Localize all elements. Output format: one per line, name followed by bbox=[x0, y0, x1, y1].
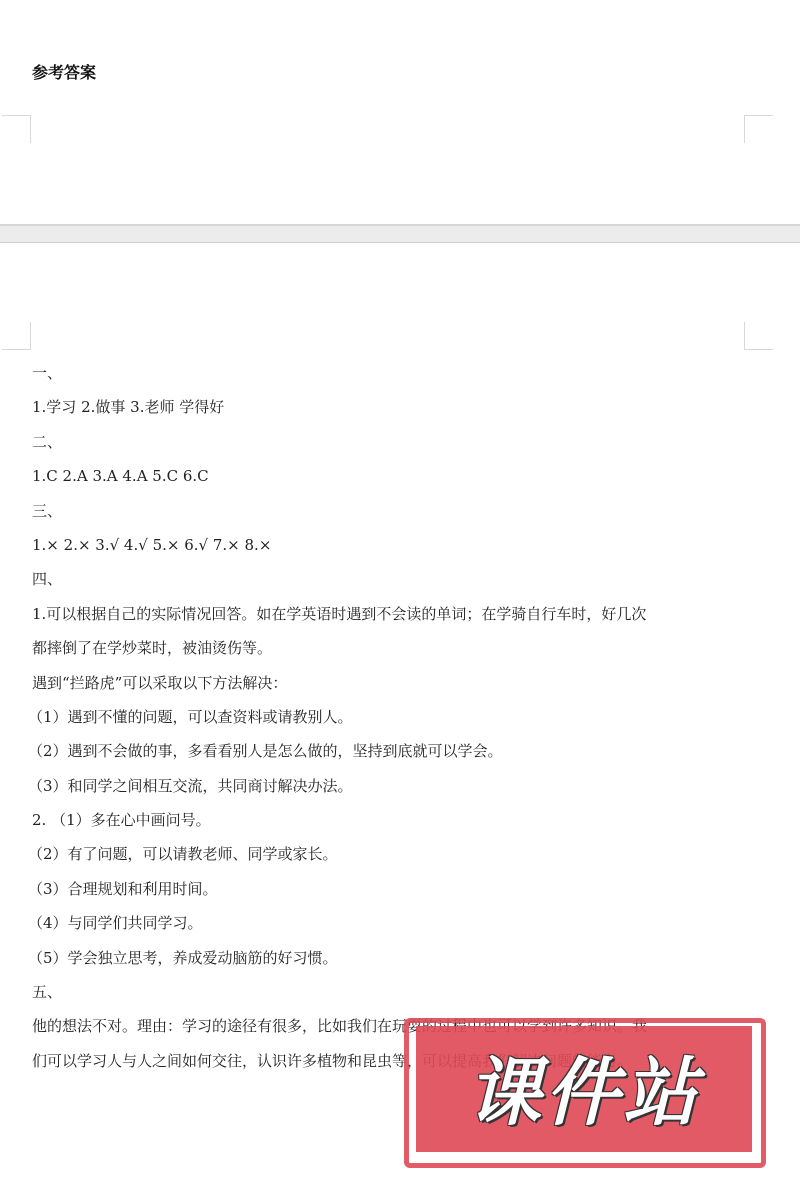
answer-line: （1）遇到不懂的问题，可以查资料或请教别人。 bbox=[28, 700, 752, 734]
answer-line: 他的想法不对。理由：学习的途径有很多，比如我们在玩耍的过程中也可以学到许多知识。… bbox=[32, 1009, 752, 1043]
section-heading-2: 二、 bbox=[32, 425, 752, 459]
section-heading-5: 五、 bbox=[32, 975, 752, 1009]
answer-line: 们可以学习人与人之间如何交往，认识许多植物和昆虫等，可以提高我们解决问题的能力。 bbox=[32, 1044, 752, 1078]
page-separator bbox=[0, 224, 800, 243]
page-corner-mark bbox=[744, 115, 773, 143]
answer-line: 遇到“拦路虎”可以采取以下方法解决： bbox=[32, 666, 752, 700]
answer-content: 一、 1.学习 2.做事 3.老师 学得好 二、 1.C 2.A 3.A 4.A… bbox=[32, 356, 752, 1078]
document-page-1: 参考答案 bbox=[0, 0, 800, 224]
answer-line: 1.可以根据自己的实际情况回答。如在学英语时遇到不会读的单词；在学骑自行车时，好… bbox=[32, 597, 752, 631]
answer-line: （2）有了问题，可以请教老师、同学或家长。 bbox=[28, 837, 752, 871]
answer-line: （3）合理规划和利用时间。 bbox=[28, 872, 752, 906]
document-title: 参考答案 bbox=[32, 60, 96, 83]
answer-line: 2. （1）多在心中画问号。 bbox=[32, 803, 752, 837]
answer-line: （2）遇到不会做的事，多看看别人是怎么做的，坚持到底就可以学会。 bbox=[28, 734, 752, 768]
answer-line: （4）与同学们共同学习。 bbox=[28, 906, 752, 940]
answer-line: 1.学习 2.做事 3.老师 学得好 bbox=[32, 390, 752, 424]
section-heading-1: 一、 bbox=[32, 356, 752, 390]
answer-line: 1.C 2.A 3.A 4.A 5.C 6.C bbox=[32, 459, 752, 493]
section-heading-4: 四、 bbox=[32, 562, 752, 596]
page-corner-mark bbox=[744, 322, 773, 350]
section-heading-3: 三、 bbox=[32, 494, 752, 528]
answer-line: 1.× 2.× 3.√ 4.√ 5.× 6.√ 7.× 8.× bbox=[32, 528, 752, 562]
page-corner-mark bbox=[2, 115, 31, 143]
answer-line: （3）和同学之间相互交流，共同商讨解决办法。 bbox=[28, 769, 752, 803]
answer-line: 都摔倒了在学炒菜时，被油烫伤等。 bbox=[32, 631, 752, 665]
page-corner-mark bbox=[2, 322, 31, 350]
answer-line: （5）学会独立思考，养成爱动脑筋的好习惯。 bbox=[28, 941, 752, 975]
